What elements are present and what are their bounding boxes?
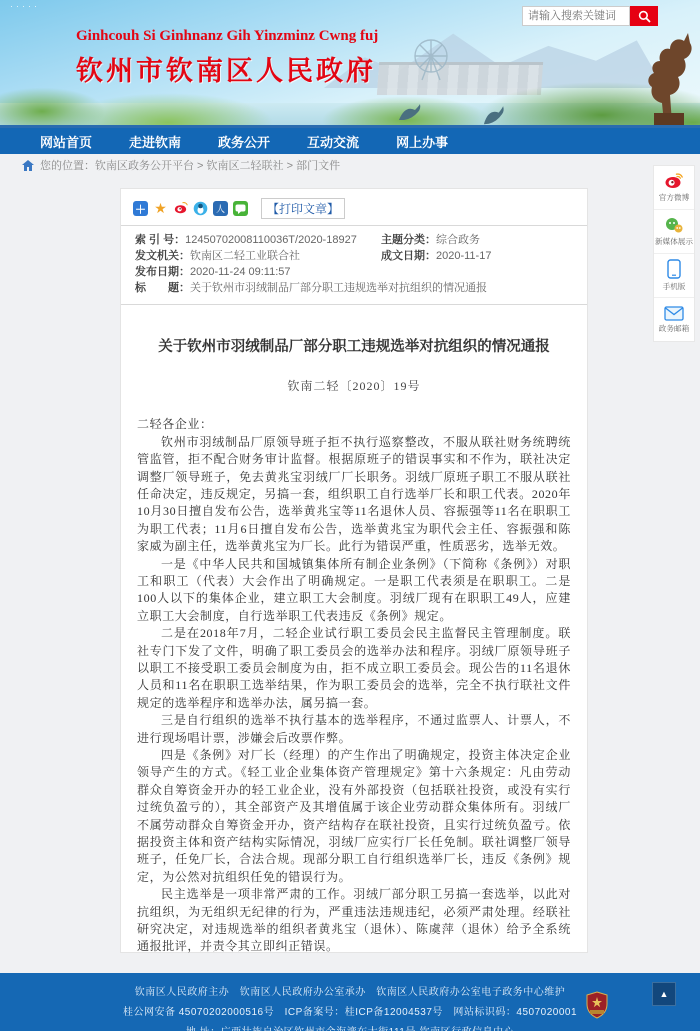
back-to-top-button[interactable]: ▲ xyxy=(652,982,676,1006)
breadcrumb-text: 您的位置：钦南区政务公开平台 > 钦南区二轻联社 > 部门文件 xyxy=(40,157,340,173)
search-input[interactable] xyxy=(522,6,630,26)
meta-index-number: 索 引 号： 12450702008110036T/2020-18927 xyxy=(135,234,381,247)
sidebar-label: 政务邮箱 xyxy=(659,323,689,333)
meta-written-date: 成文日期： 2020-11-17 xyxy=(381,250,491,263)
meta-title: 标 题： 关于钦州市羽绒制品厂部分职工违规选举对抗组织的情况通报 xyxy=(135,282,487,295)
home-icon xyxy=(22,160,34,171)
wechat-share-icon[interactable] xyxy=(233,201,248,216)
meta-row: 发文机关： 钦南区二轻工业联合社 成文日期： 2020-11-17 xyxy=(135,250,573,263)
new-media-icon xyxy=(664,216,684,234)
sidebar-label: 手机版 xyxy=(663,281,686,291)
weibo-share-icon[interactable] xyxy=(173,201,188,216)
share-toolbar: ＋ ★ 人 xyxy=(121,189,587,225)
paragraph: 三是自行组织的选举不执行基本的选举程序，不通过监票人、计票人，不进行现场唱计票，… xyxy=(137,712,571,747)
nav-item-home[interactable]: 网站首页 xyxy=(40,132,92,151)
favorite-star-icon[interactable]: ★ xyxy=(153,201,168,216)
sidebar-item-new-media[interactable]: 新媒体展示 xyxy=(654,210,694,254)
meta-row: 发布日期： 2020-11-24 09:11:57 xyxy=(135,266,573,279)
site-banner: ····· Ginhcouh Si Ginhnanz Gih Yinzminz … xyxy=(0,0,700,128)
document-number: 钦南二轻〔2020〕19号 xyxy=(121,377,587,394)
weibo-icon xyxy=(664,172,684,190)
mail-icon xyxy=(664,306,684,321)
meta-issuing-agency: 发文机关： 钦南区二轻工业联合社 xyxy=(135,250,381,263)
horse-statue-decor xyxy=(636,27,694,125)
sidebar-label: 官方微博 xyxy=(659,192,689,202)
search-button[interactable] xyxy=(630,6,658,26)
paragraph: 一是《中华人民共和国城镇集体所有制企业条例》（下简称《条例》）对职工和职工（代表… xyxy=(137,556,571,626)
meta-publish-date: 发布日期： 2020-11-24 09:11:57 xyxy=(135,266,381,279)
nav-item-interaction[interactable]: 互动交流 xyxy=(307,132,359,151)
paragraph: 民主选举是一项非常严肃的工作。羽绒厂部分职工另搞一套选举，以此对抗组织，为无组织… xyxy=(137,886,571,956)
tencent-weibo-share-icon[interactable] xyxy=(193,201,208,216)
search-bar xyxy=(522,6,658,26)
dolphin-icon xyxy=(398,103,424,121)
side-widget-rail: 官方微博 新媒体展示 手机版 政务邮箱 xyxy=(653,165,695,342)
article-title: 关于钦州市羽绒制品厂部分职工违规选举对抗组织的情况通报 xyxy=(141,337,567,357)
paragraph: 钦州市羽绒制品厂原领导班子拒不执行巡察整改，不服从联社财务统聘统管监管，拒不配合… xyxy=(137,434,571,556)
main-area: ＋ ★ 人 xyxy=(0,176,700,973)
nav-item-services[interactable]: 网上办事 xyxy=(396,132,448,151)
banner-titles: Ginhcouh Si Ginhnanz Gih Yinzminz Cwng f… xyxy=(76,28,378,88)
meta-topic-category: 主题分类： 综合政务 xyxy=(381,234,480,247)
sidebar-item-weibo[interactable]: 官方微博 xyxy=(654,166,694,210)
sidebar-label: 新媒体展示 xyxy=(655,236,693,246)
article-card: ＋ ★ 人 xyxy=(120,188,588,953)
site-title: 钦州市钦南区人民政府 xyxy=(76,49,378,88)
nav-item-gov-info[interactable]: 政务公开 xyxy=(218,132,270,151)
breadcrumb: 您的位置：钦南区政务公开平台 > 钦南区二轻联社 > 部门文件 xyxy=(0,154,700,176)
government-badge-icon[interactable] xyxy=(585,991,609,1019)
search-icon xyxy=(638,10,651,23)
paragraph: 四是《条例》对厂长（经理）的产生作出了明确规定，投资主体决定企业领导产生的方式。… xyxy=(137,747,571,886)
page: ····· Ginhcouh Si Ginhnanz Gih Yinzminz … xyxy=(0,0,700,1031)
document-meta-table: 索 引 号： 12450702008110036T/2020-18927 主题分… xyxy=(121,225,587,305)
footer-address-line: 地 址：广西壮族自治区钦州市金海湾东大街111号-钦南区行政信息中心 xyxy=(0,1023,700,1031)
mobile-phone-icon xyxy=(667,259,681,279)
dolphin-icon xyxy=(481,105,509,126)
main-nav: 网站首页 走进钦南 政务公开 互动交流 网上办事 xyxy=(0,128,700,154)
salutation: 二轻各企业： xyxy=(137,416,571,433)
site-title-zhuang: Ginhcouh Si Ginhnanz Gih Yinzminz Cwng f… xyxy=(76,28,378,45)
article-body: 二轻各企业： 钦州市羽绒制品厂原领导班子拒不执行巡察整改，不服从联社财务统聘统管… xyxy=(121,416,587,956)
renren-share-icon[interactable]: 人 xyxy=(213,201,228,216)
paragraph: 二是在2018年7月，二轻企业试行职工委员会民主监督民主管理制度。联社专门下发了… xyxy=(137,625,571,712)
sidebar-item-mobile[interactable]: 手机版 xyxy=(654,254,694,298)
nav-item-about[interactable]: 走进钦南 xyxy=(129,132,181,151)
sidebar-item-mail[interactable]: 政务邮箱 xyxy=(654,298,694,341)
print-article-button[interactable]: 【打印文章】 xyxy=(261,198,345,219)
site-footer: 钦南区人民政府主办 钦南区人民政府办公室承办 钦南区人民政府办公室电子政务中心维… xyxy=(0,973,700,1031)
banner-dots-decor: ····· xyxy=(10,1,40,11)
meta-row: 索 引 号： 12450702008110036T/2020-18927 主题分… xyxy=(135,234,573,247)
meta-row: 标 题： 关于钦州市羽绒制品厂部分职工违规选举对抗组织的情况通报 xyxy=(135,282,573,295)
share-plus-icon[interactable]: ＋ xyxy=(133,201,148,216)
up-arrow-icon: ▲ xyxy=(660,989,669,999)
